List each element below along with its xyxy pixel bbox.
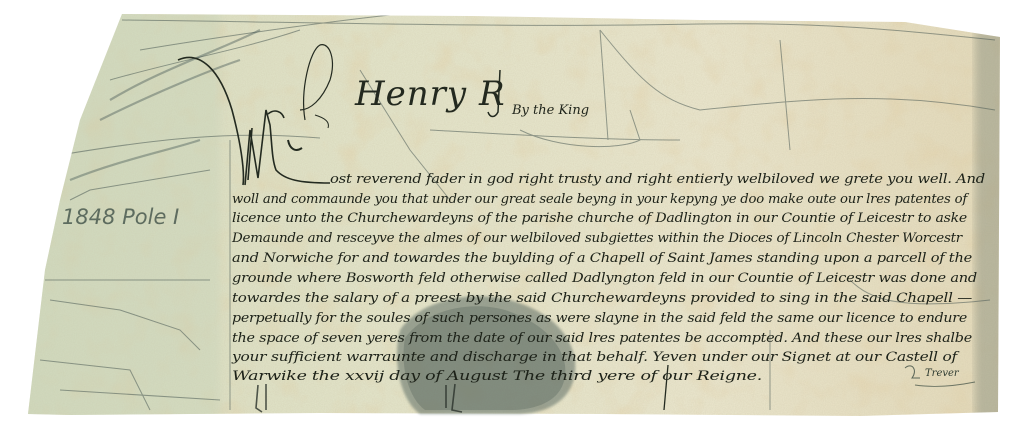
manuscript-canvas: M Henry R By the King 1848 Pole I ost re…	[0, 0, 1024, 441]
body-line: and Norwiche for and towardes the buyldi…	[232, 250, 972, 265]
manuscript-document: M Henry R By the King 1848 Pole I ost re…	[0, 0, 1024, 441]
body-line: grounde where Bosworth feld otherwise ca…	[232, 270, 977, 285]
salutation-header: By the King	[511, 103, 589, 118]
body-line: licence unto the Churchewardeyns of the …	[232, 210, 967, 225]
body-line: Warwike the xxvij day of August The thir…	[232, 368, 762, 383]
sign-manual-text: Henry R	[354, 74, 506, 114]
letter-body: ost reverend fader in god right trusty a…	[231, 171, 985, 383]
body-line: woll and commaunde you that under our gr…	[232, 191, 970, 206]
body-line: your sufficient warraunte and discharge …	[231, 349, 960, 364]
body-line: Demaunde and resceyve the almes of our w…	[231, 230, 963, 245]
body-line: ost reverend fader in god right trusty a…	[330, 171, 985, 186]
body-line: perpetually for the soules of such perso…	[232, 310, 967, 325]
archive-reference: 1848 Pole I	[62, 205, 179, 229]
clerk-signature-text: Trever	[925, 368, 960, 379]
body-line: the space of seven yeres from the date o…	[232, 330, 972, 345]
body-line: towardes the salary of a preest by the s…	[232, 290, 973, 305]
